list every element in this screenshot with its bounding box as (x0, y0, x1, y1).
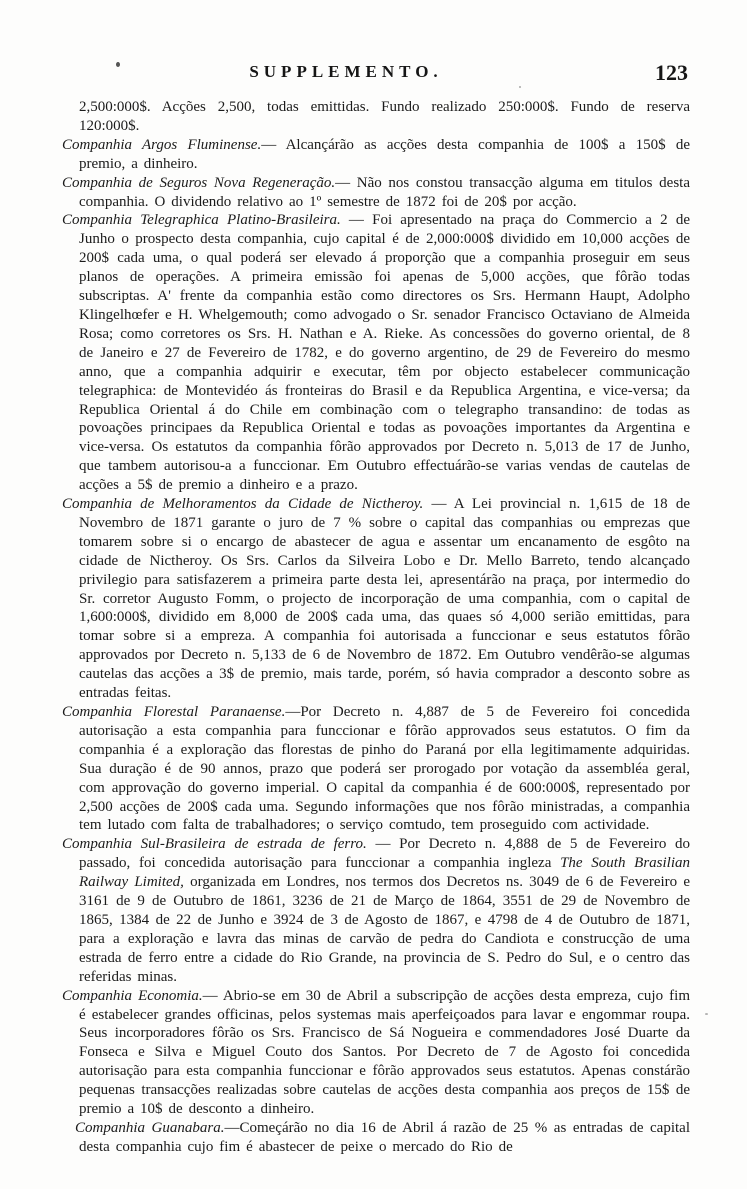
scanned-document-page: SUPPLEMENTO. 123 2,500:000$. Acções 2,50… (0, 0, 747, 1189)
page-body: 2,500:000$. Acções 2,500, todas emittida… (62, 98, 690, 1157)
page-title: SUPPLEMENTO. (62, 62, 630, 82)
entry-text: —Por Decreto n. 4,887 de 5 de Fevereiro … (79, 704, 690, 833)
entry-text: — A Lei provincial n. 1,615 de 18 de Nov… (79, 496, 690, 701)
page-number: 123 (655, 60, 688, 86)
company-name: Companhia Guanabara. (75, 1120, 224, 1136)
entry-text: — Abrio-se em 30 de Abril a subscripção … (79, 988, 690, 1117)
paragraph: Companhia Florestal Paranaense.—Por Decr… (62, 703, 690, 835)
paragraph: Companhia Argos Fluminense.— Alcançárão … (62, 136, 690, 174)
company-name: Companhia Economia. (62, 988, 203, 1004)
paragraph: Companhia Telegraphica Platino-Brasileir… (62, 211, 690, 495)
scan-speck (705, 1013, 708, 1015)
company-name: Companhia Telegraphica Platino-Brasileir… (62, 212, 341, 228)
entry-text: organizada em Londres, nos termos dos De… (79, 874, 690, 985)
company-name: Companhia de Melhoramentos da Cidade de … (62, 496, 423, 512)
company-name: Companhia Argos Fluminense. (62, 137, 261, 153)
paragraph: 2,500:000$. Acções 2,500, todas emittida… (62, 98, 690, 136)
paragraph: Companhia Guanabara.—Começárão no dia 16… (62, 1119, 690, 1157)
paragraph: Companhia de Seguros Nova Regeneração.— … (62, 174, 690, 212)
company-name: Companhia Sul-Brasileira de estrada de f… (62, 836, 367, 852)
paragraph: Companhia Economia.— Abrio-se em 30 de A… (62, 987, 690, 1119)
entry-text: 2,500:000$. Acções 2,500, todas emittida… (79, 99, 690, 134)
paragraph: Companhia de Melhoramentos da Cidade de … (62, 495, 690, 703)
company-name: Companhia de Seguros Nova Regeneração. (62, 175, 335, 191)
entry-text: — Foi apresentado na praça do Commercio … (79, 212, 690, 493)
paragraph: Companhia Sul-Brasileira de estrada de f… (62, 835, 690, 986)
company-name: Companhia Florestal Paranaense. (62, 704, 285, 720)
page-header: SUPPLEMENTO. 123 (62, 60, 690, 94)
